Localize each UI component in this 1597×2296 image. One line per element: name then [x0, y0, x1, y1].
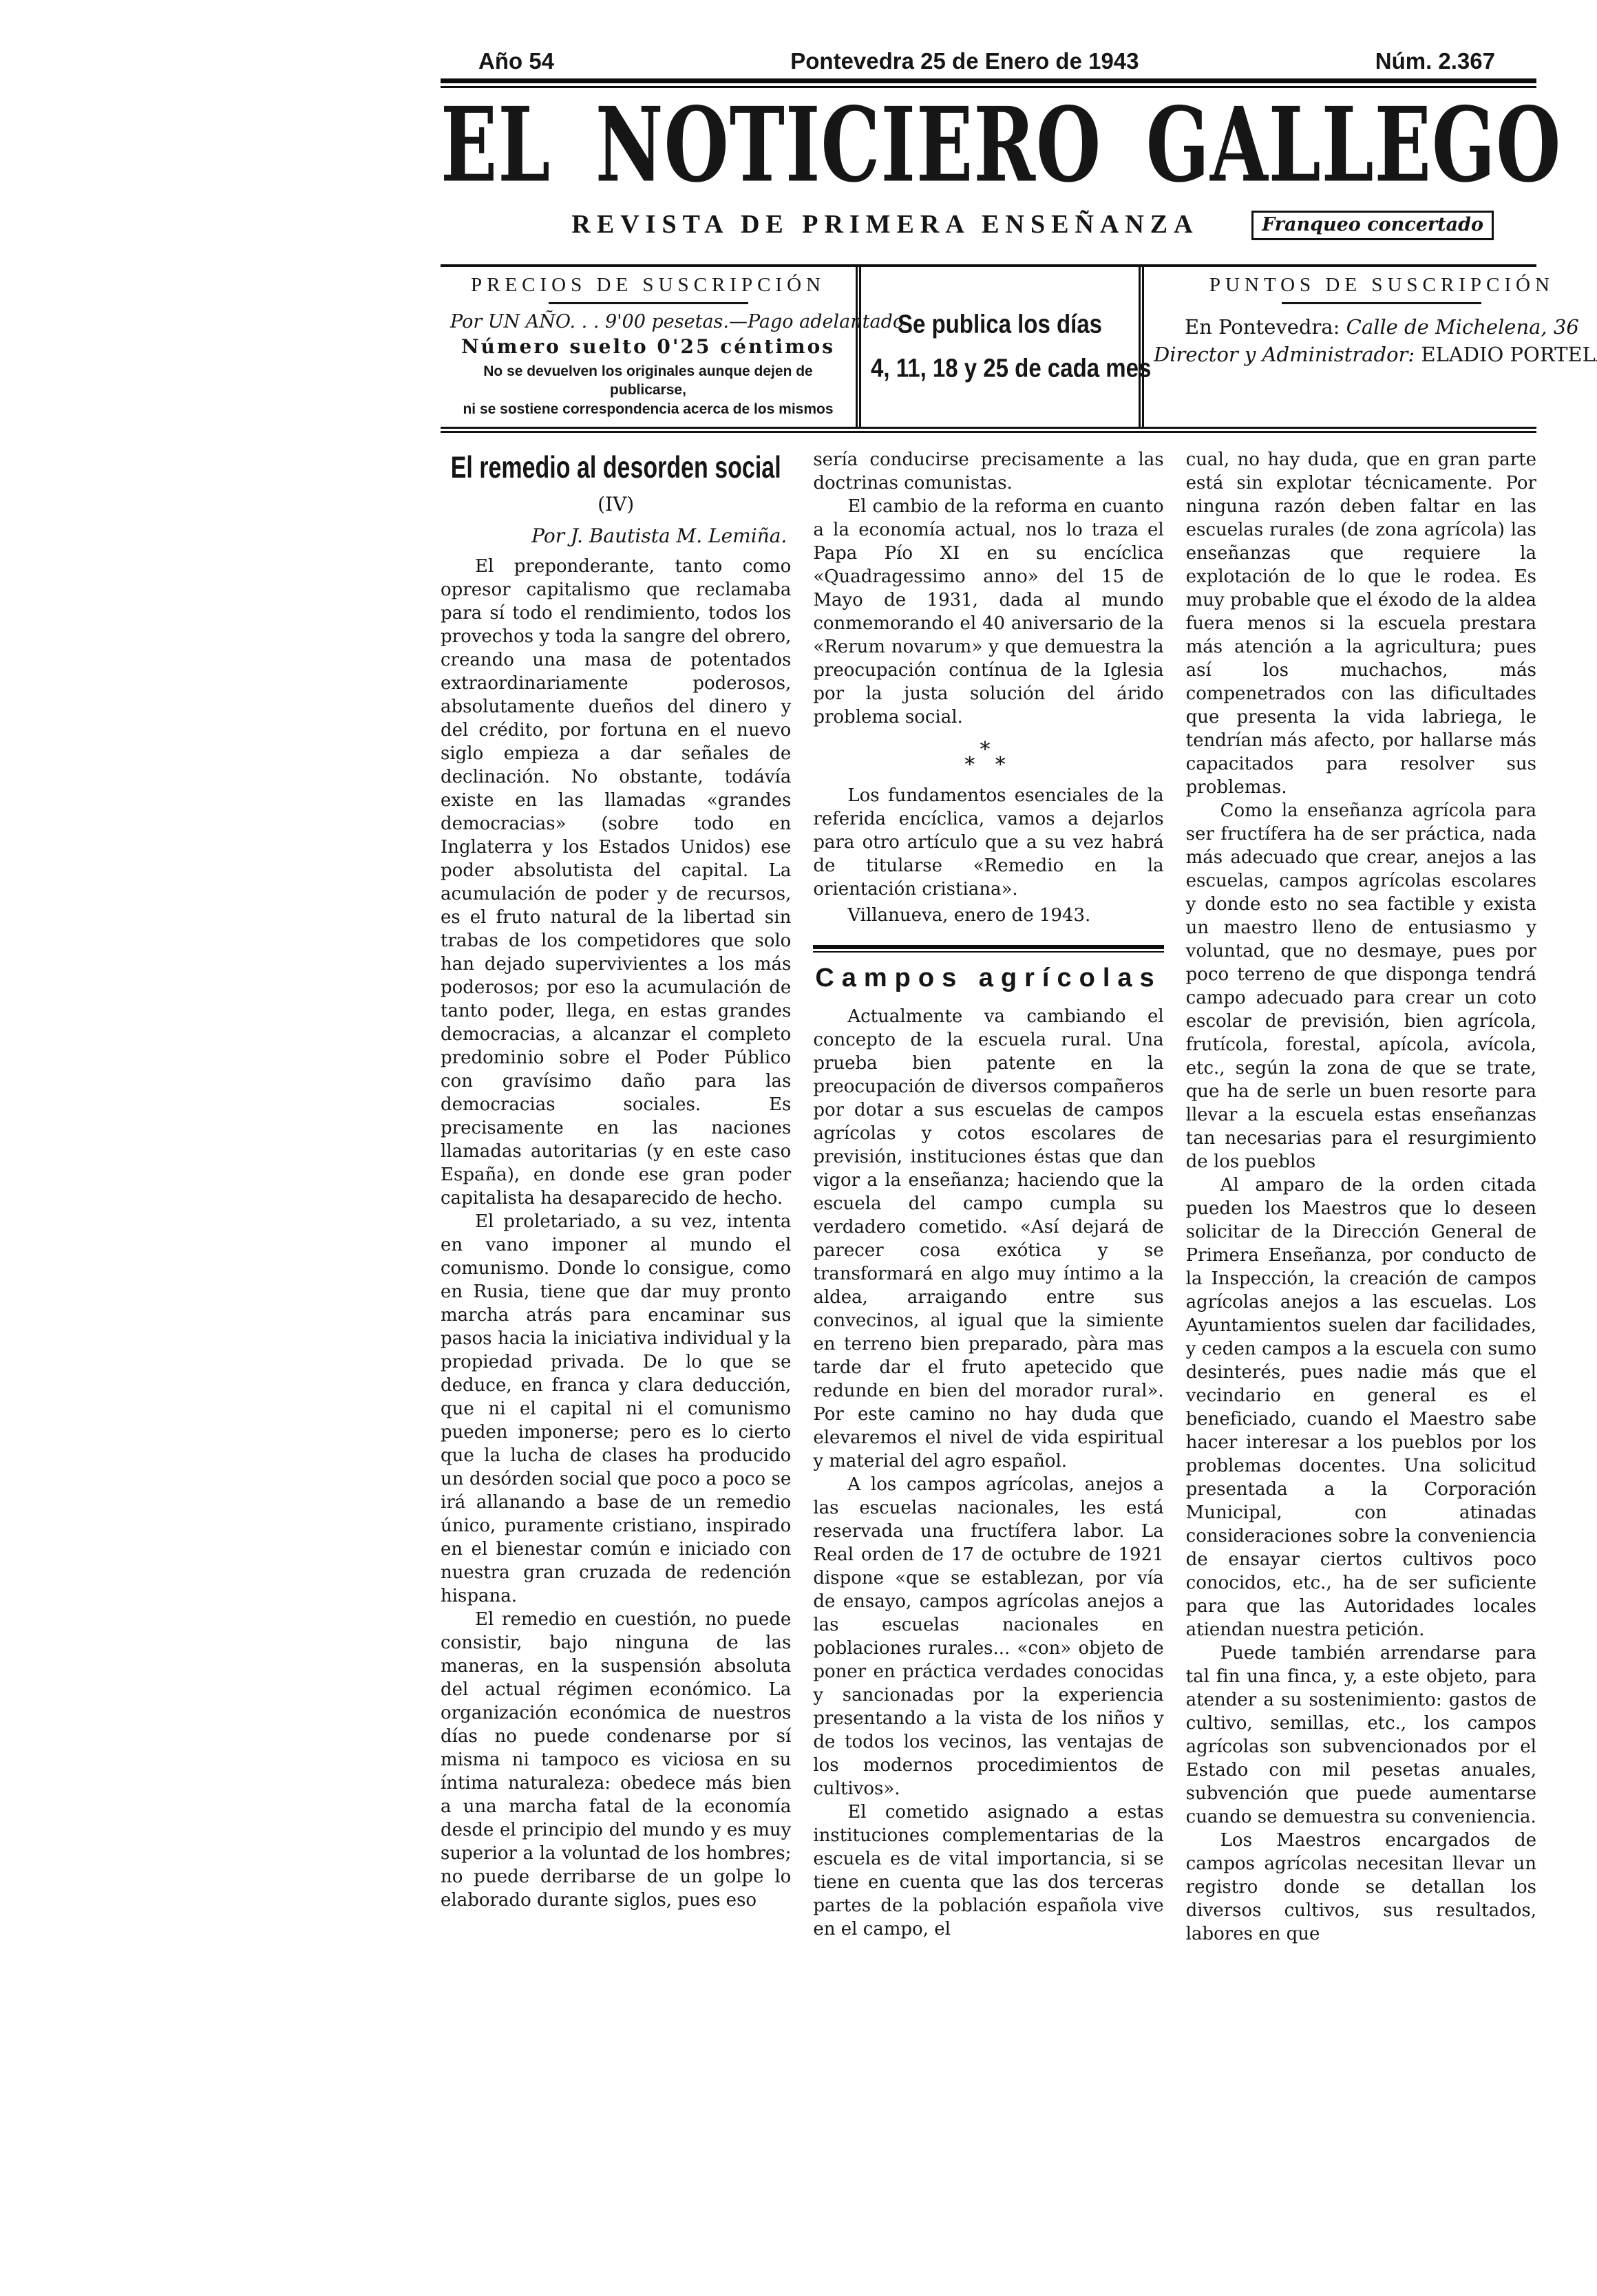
originals-notice: No se devuelven los originales aunque de… — [450, 362, 846, 418]
paragraph-continuation: cual, no hay duda, que en gran parte est… — [1186, 448, 1536, 799]
notice-line-2: ni se sostiene correspondencia acerca de… — [463, 401, 833, 417]
newspaper-scan-page: { "masthead": { "year_label": "Año 54", … — [0, 0, 1597, 2296]
column-3: cual, no hay duda, que en gran parte est… — [1186, 448, 1536, 1946]
article-byline: Por J. Bautista M. Lemiña. — [441, 524, 791, 548]
paragraph: Actualmente va cambiando el concepto de … — [813, 1005, 1163, 1473]
article-headline: Campos agrícolas — [813, 966, 1163, 990]
address-line: En Pontevedra: Calle de Michelena, 36 — [1154, 315, 1597, 339]
publication-days-line-1: Se publica los días — [871, 309, 1129, 339]
publication-days-line-2: 4, 11, 18 y 25 de cada mes — [871, 353, 1129, 383]
paragraph: El cometido asignado a estas institucion… — [813, 1800, 1163, 1941]
price-year-line: Por UN AÑO. . . 9'00 pesetas.—Pago adela… — [450, 311, 846, 332]
article-part-number: (IV) — [441, 493, 791, 516]
newspaper-subtitle: REVISTA DE PRIMERA ENSEÑANZA — [571, 209, 1198, 240]
paragraph: El preponderante, tanto como opresor cap… — [441, 555, 791, 1210]
paragraph-continuation: sería conducirse precisamente a las doct… — [813, 448, 1163, 495]
points-title: PUNTOS DE SUSCRIPCIÓN — [1154, 274, 1597, 297]
paragraph: El remedio en cuestión, no puede consist… — [441, 1608, 791, 1912]
notice-line-1: No se devuelven los originales aunque de… — [483, 363, 812, 398]
paragraph: Puede también arrendarse para tal fin un… — [1186, 1641, 1536, 1829]
asterism-separator: ** * — [813, 743, 1163, 773]
edition-number: Núm. 2.367 — [1375, 48, 1495, 74]
info-band: PRECIOS DE SUSCRIPCIÓN Por UN AÑO. . . 9… — [441, 264, 1536, 433]
address-value: Calle de Michelena, 36 — [1346, 315, 1579, 339]
article-columns: El remedio al desorden social(IV)Por J. … — [441, 448, 1536, 1946]
prices-title: PRECIOS DE SUSCRIPCIÓN — [450, 274, 846, 297]
ornament-rule — [549, 302, 748, 304]
subscription-points-box: PUNTOS DE SUSCRIPCIÓN En Pontevedra: Cal… — [1139, 267, 1597, 427]
paragraph: A los campos agrícolas, anejos a las esc… — [813, 1473, 1163, 1800]
subscription-prices-box: PRECIOS DE SUSCRIPCIÓN Por UN AÑO. . . 9… — [441, 267, 856, 427]
subtitle-row: REVISTA DE PRIMERA ENSEÑANZA Franqueo co… — [441, 209, 1536, 255]
edition-year: Año 54 — [478, 48, 554, 74]
paragraph: Los Maestros encargados de campos agríco… — [1186, 1829, 1536, 1946]
paragraph: El cambio de la reforma en cuanto a la e… — [813, 495, 1163, 729]
director-label: Director y Administrador: — [1154, 343, 1415, 366]
article-headline: El remedio al desorden social — [441, 451, 791, 486]
newspaper-content: Año 54 Pontevedra 25 de Enero de 1943 Nú… — [441, 48, 1536, 1946]
newspaper-title: EL NOTICIERO GALLEGO — [441, 94, 1536, 197]
paragraph: Los fundamentos esenciales de la referid… — [813, 784, 1163, 901]
single-copy-line: Número suelto 0'25 céntimos — [450, 335, 846, 358]
franqueo-stamp: Franqueo concertado — [1251, 211, 1494, 240]
paragraph: El proletariado, a su vez, intenta en va… — [441, 1210, 791, 1608]
director-value: ELADIO PORTELA — [1421, 343, 1597, 366]
paragraph: Como la enseñanza agrícola para ser fruc… — [1186, 799, 1536, 1173]
paragraph: Al amparo de la orden citada pueden los … — [1186, 1173, 1536, 1641]
edition-line: Año 54 Pontevedra 25 de Enero de 1943 Nú… — [441, 48, 1536, 78]
director-line: Director y Administrador: ELADIO PORTELA — [1154, 343, 1597, 366]
column-1: El remedio al desorden social(IV)Por J. … — [441, 448, 791, 1946]
address-label: En Pontevedra: — [1185, 315, 1340, 339]
article-divider-rule — [813, 945, 1163, 953]
column-2: sería conducirse precisamente a las doct… — [813, 448, 1163, 1946]
article-dateline: Villanueva, enero de 1943. — [813, 904, 1163, 927]
ornament-rule — [1282, 302, 1481, 304]
edition-date: Pontevedra 25 de Enero de 1943 — [790, 48, 1139, 74]
publication-days-box: Se publica los días 4, 11, 18 y 25 de ca… — [856, 267, 1139, 427]
